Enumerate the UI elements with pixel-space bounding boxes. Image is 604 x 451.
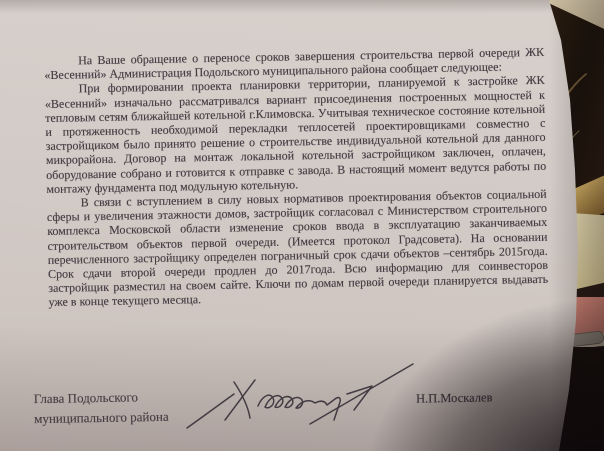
- signature-stroke: [187, 394, 234, 428]
- signer-title: Глава Подольского муниципального района: [34, 387, 169, 429]
- letter-paragraph-deadlines: В связи с вступлением в силу новых норма…: [47, 187, 549, 310]
- signer-title-line2: муниципального района: [34, 407, 169, 429]
- signer-name: Н.П.Москалев: [416, 390, 493, 406]
- photo-of-letter: На Ваше обращение о переносе сроков заве…: [0, 0, 604, 451]
- letter-paragraph-boiler: При формировании проекта планировки терр…: [45, 73, 547, 196]
- letter-body: На Ваше обращение о переносе сроков заве…: [44, 45, 549, 310]
- signature-stroke: [225, 380, 255, 420]
- signature-stroke: [258, 395, 340, 420]
- signature-stroke: [234, 382, 250, 418]
- signer-title-line1: Глава Подольского: [34, 387, 169, 409]
- signature-autograph-icon: [182, 356, 418, 432]
- signature-stroke: [310, 364, 413, 424]
